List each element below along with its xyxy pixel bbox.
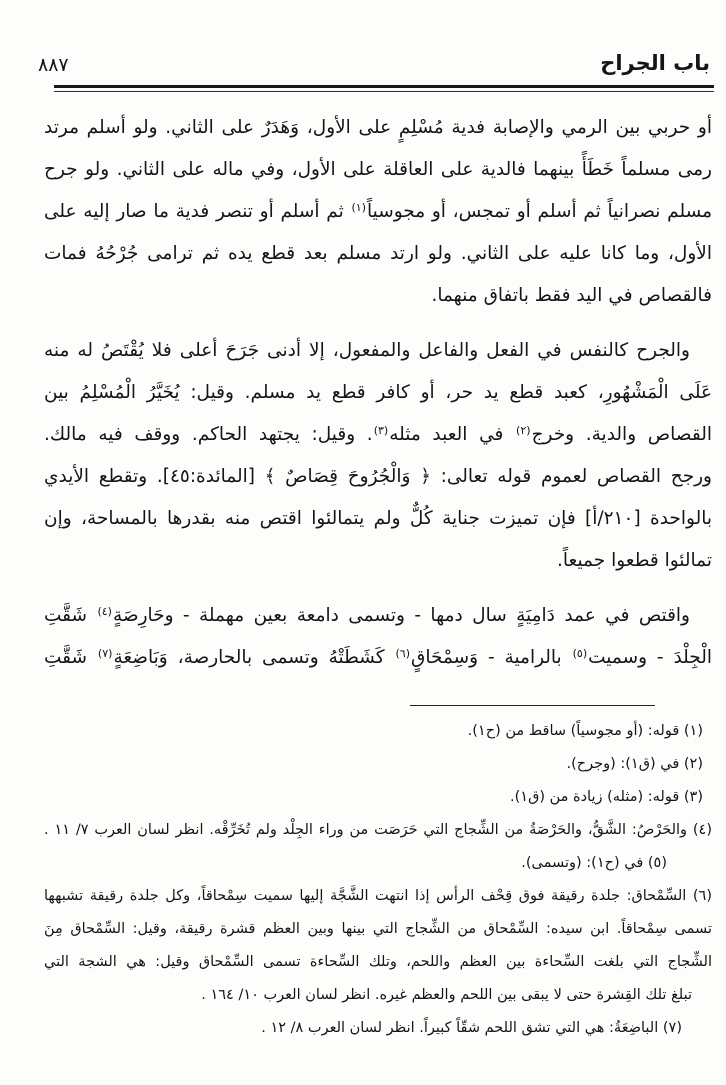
footnote-5: (٥) في (ح١): (وتسمى). (44, 847, 712, 880)
footnote-6-line: الشِّجاج التي بلغت السِّحاءة بين العظم و… (44, 946, 712, 979)
scanned-book-page: باب الجراح ٨٨٧ أو حربي بين الرمي والإصاب… (0, 0, 726, 1085)
text-line: الأول، وما كانا عليه على الثاني. ولو ارت… (44, 233, 712, 275)
page-header: باب الجراح ٨٨٧ (0, 0, 726, 78)
text-line: مسلم نصرانياً ثم أسلم أو تمجس، أو مجوسيا… (44, 191, 712, 233)
footnote-4: (٤) والحَرْصُ: الشَّقُّ، والحَرْصَةُ من … (44, 814, 712, 847)
text-line: فالقصاص في اليد فقط باتفاق منهما. (44, 275, 712, 317)
footnote-ref-marker: (٣) (373, 424, 390, 437)
footnotes-section: (١) قوله: (أو مجوسياً) ساقط من (ح١). (٢)… (0, 706, 726, 1045)
text-line: أو حربي بين الرمي والإصابة فدية مُسْلِمٍ… (44, 107, 712, 149)
paragraph: أو حربي بين الرمي والإصابة فدية مُسْلِمٍ… (44, 107, 712, 317)
footnote-6-line: تبلغ تلك القِشرة حتى لا يبقى بين اللحم و… (44, 979, 712, 1012)
footnote-7: (٧) الباضِعَةُ: هي التي تشق اللحم شقّاً … (44, 1012, 712, 1045)
footnote-3: (٣) قوله: (مثله) زيادة من (ق١). (44, 781, 712, 814)
footnote-ref-marker: (٢) (515, 424, 532, 437)
footnote-ref-marker: (٤) (96, 605, 113, 618)
text-line: رمى مسلماً خَطَأً بينهما فالدية على العا… (44, 149, 712, 191)
text-line: تمالئوا قطعوا جميعاً. (44, 540, 712, 582)
main-text: أو حربي بين الرمي والإصابة فدية مُسْلِمٍ… (0, 92, 726, 679)
footnote-6-line: (٦) السِّمْحاق: جلدة رقيقة فوق قِحْف الر… (44, 880, 712, 913)
footnote-1: (١) قوله: (أو مجوسياً) ساقط من (ح١). (44, 715, 712, 748)
text-line-with-quran-verse: ورجح القصاص لعموم قوله تعالى: ﴿ وَالْجُر… (44, 456, 712, 498)
text-line: القصاص والدية. وخرج(٢) في العبد مثله(٣).… (44, 414, 712, 456)
header-double-rule (54, 85, 714, 92)
chapter-title: باب الجراح (600, 48, 710, 78)
text-line: الْجِلْدَ - وسميت(٥) بالرامية - وَسِمْحَ… (44, 637, 712, 679)
text-line: والجرح كالنفس في الفعل والفاعل والمفعول،… (44, 330, 712, 372)
footnote-ref-marker: (٦) (395, 647, 412, 660)
text-line: واقتص في عمد دَامِيَةٍ سال دمها - وتسمى … (44, 595, 712, 637)
footnote-ref-marker: (٥) (572, 647, 589, 660)
paragraph: والجرح كالنفس في الفعل والفاعل والمفعول،… (44, 330, 712, 582)
footnote-2: (٢) في (ق١): (وجرح). (44, 748, 712, 781)
page-number: ٨٨٧ (38, 52, 69, 78)
footnote-ref-marker: (٧) (97, 647, 114, 660)
paragraph: واقتص في عمد دَامِيَةٍ سال دمها - وتسمى … (44, 595, 712, 679)
text-line: عَلَى الْمَشْهُورِ، كعبد قطع يد حر، أو ك… (44, 372, 712, 414)
text-line-with-folio-marker: بالواحدة [٢١٠/أ] فإن تميزت جناية كُلٌّ و… (44, 498, 712, 540)
footnote-ref-marker: (١) (350, 201, 367, 214)
footnote-6: (٦) السِّمْحاق: جلدة رقيقة فوق قِحْف الر… (44, 880, 712, 1012)
footnote-6-line: تسمى سِمْحاقاً. ابن سيده: السِّمْحاق من … (44, 913, 712, 946)
